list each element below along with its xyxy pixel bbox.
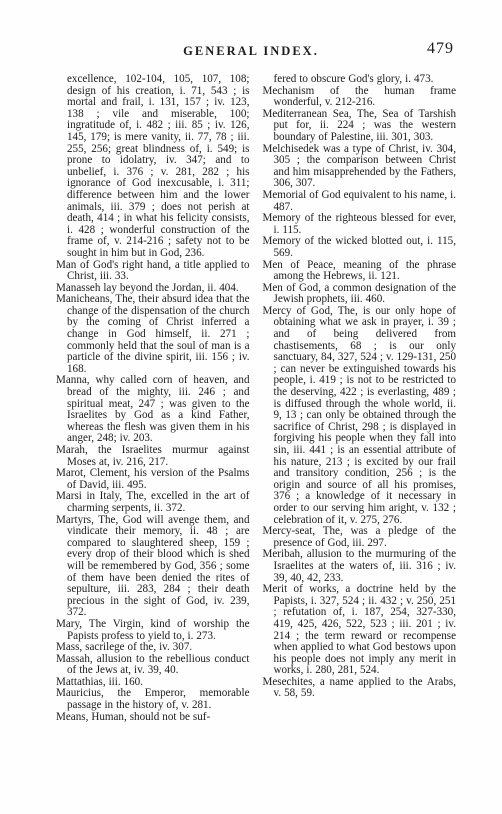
index-entry: Martyrs, The, God will avenge them, and … (56, 515, 250, 619)
index-entry: Mechanism of the human frame wonderful, … (263, 86, 457, 109)
index-entry: Merit of works, a doctrine held by the P… (263, 584, 457, 677)
index-entry: Means, Human, should not be suf- (56, 712, 250, 724)
index-entry: Men of Peace, meaning of the phrase amon… (263, 260, 457, 283)
index-entry: Mercy of God, The, is our only hope of o… (263, 306, 457, 526)
right-column: fered to obscure God's glory, i. 473.Mec… (263, 74, 457, 723)
index-entry: Marah, the Israelites murmur against Mos… (56, 445, 250, 468)
page-number: 479 (427, 40, 454, 58)
index-entry: excellence, 102-104, 105, 107, 108; desi… (56, 74, 250, 260)
index-entry: Mary, The Virgin, kind of worship the Pa… (56, 619, 250, 642)
index-entry: Memory of the righteous blessed for ever… (263, 213, 457, 236)
index-entry: Man of God's right hand, a title applied… (56, 260, 250, 283)
index-entry: Meribah, allusion to the murmuring of th… (263, 549, 457, 584)
index-entry: Massah, allusion to the rebellious condu… (56, 654, 250, 677)
index-entry: Marsi in Italy, The, excelled in the art… (56, 491, 250, 514)
index-entry: Marot, Clement, his version of the Psalm… (56, 468, 250, 491)
index-entry: Mesechites, a name applied to the Arabs,… (263, 677, 457, 700)
index-entry: Mercy-seat, The, was a pledge of the pre… (263, 526, 457, 549)
index-entry: Mauricius, the Emperor, memorable passag… (56, 688, 250, 711)
index-entry: Memorial of God equivalent to his name, … (263, 190, 457, 213)
index-entry: fered to obscure God's glory, i. 473. (263, 74, 457, 86)
book-page: GENERAL INDEX. 479 excellence, 102-104, … (0, 0, 502, 814)
index-entry: Manicheans, The, their absurd idea that … (56, 294, 250, 375)
index-columns: excellence, 102-104, 105, 107, 108; desi… (56, 74, 456, 723)
left-column: excellence, 102-104, 105, 107, 108; desi… (56, 74, 250, 723)
index-entry: Memory of the wicked blotted out, i. 115… (263, 236, 457, 259)
running-title: GENERAL INDEX. (56, 44, 446, 59)
index-entry: Mass, sacrilege of the, iv. 307. (56, 642, 250, 654)
page-header: GENERAL INDEX. 479 (56, 40, 456, 64)
index-entry: Men of God, a common designation of the … (263, 283, 457, 306)
index-entry: Melchisedek was a type of Christ, iv. 30… (263, 144, 457, 190)
index-entry: Manna, why called corn of heaven, and br… (56, 375, 250, 445)
index-entry: Mediterranean Sea, The, Sea of Tarshish … (263, 109, 457, 144)
